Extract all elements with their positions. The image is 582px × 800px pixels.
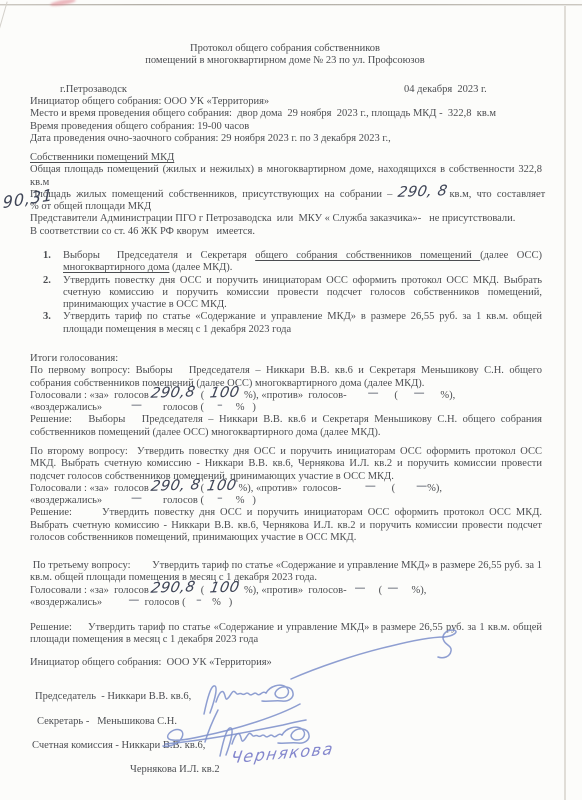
abstain-sep: голосов ( (139, 597, 196, 608)
abstain-label: «воздержались» (30, 597, 128, 608)
agenda-item-2-number: 2. (43, 275, 51, 287)
abstain-tail: % ) (223, 402, 256, 413)
vote-sep: ( (365, 585, 387, 596)
vote-za-value-handwritten: 290,8 (151, 388, 197, 399)
agenda-item-2: 2.Утвердить повестку дня ОСС и поручить … (30, 275, 542, 312)
protocol-date: 04 декабря 2023 г. (404, 84, 487, 96)
commission-member-2-line: Чернякова И.Л. кв.2 (130, 764, 220, 776)
vote-percent-value-handwritten: 100 (206, 481, 237, 491)
abstain-sep: голосов ( (142, 402, 217, 413)
document-title: Протокол общего собрания собственников п… (0, 43, 570, 68)
scan-edge-top-shadow (0, 5, 582, 6)
title-line-2: помещений в многоквартирном доме № 23 по… (0, 55, 570, 67)
scan-edge-left (0, 2, 8, 35)
vote-dash: – (217, 493, 223, 502)
abstain-tail: % ) (223, 495, 256, 506)
agenda-item-2-text: Утвердить повестку дня ОСС и поручить ин… (63, 275, 542, 311)
abstain-label: «воздержались» (30, 402, 131, 413)
results-question-3: По третьему вопросу: Утвердить тариф по … (30, 560, 542, 609)
present-suffix: кв.м, что составляет (447, 189, 545, 200)
vote-sep: ( (379, 390, 414, 401)
dates-range-line: Дата проведения очно-заочного собрания: … (30, 133, 542, 145)
decision-3-text: Решение: Утвердить тариф по статье «Соде… (30, 622, 542, 647)
vote-dash: – (217, 400, 223, 409)
abstain-sep: голосов ( (142, 495, 217, 506)
chairman-signature (196, 678, 308, 720)
vote-percent-value-handwritten: 100 (209, 388, 240, 398)
vote-dash: — (416, 481, 427, 490)
question-3-vote-line-2: «воздержались» — голосов ( – % ) (30, 597, 542, 609)
vote-dash: — (131, 400, 142, 409)
results-question-2: По второму вопросу: Утвердить повестку д… (30, 446, 542, 544)
scan-edge-right (564, 6, 566, 800)
question-2-vote-line-1: Голосовали : «за» голосов 290, 8( 100 %)… (30, 483, 542, 495)
abstain-label: «воздержались» (30, 495, 131, 506)
initiator-line: Инициатор общего собрания: ООО УК «Терри… (30, 96, 542, 108)
city-label: г.Петрозаводск (60, 84, 127, 96)
question-3-vote-line-1: Голосовали : «за» голосов 290,8 ( 100 %)… (30, 585, 542, 597)
question-1-text: По первому вопросу: Выборы Председателя … (30, 365, 542, 390)
results-question-1: Итоги голосования: По первому вопросу: В… (30, 353, 542, 439)
chairman-line: Председатель - Никкари В.В. кв.6, (35, 691, 191, 703)
vote-sep: ( (376, 483, 416, 494)
vote-dash: — (365, 481, 376, 490)
vote-dash: — (414, 388, 425, 397)
vote-za-value-handwritten: 290, 8 (151, 481, 202, 492)
agenda-item-1: 1.Выборы Председателя и Секретаря общего… (30, 250, 542, 275)
owners-heading: Собственники помещений МКД (30, 152, 542, 164)
results-heading: Итоги голосования: (30, 353, 542, 365)
vote-tail: %), (427, 483, 442, 494)
agenda-item-1-text-2: (далее ОСС) (480, 250, 542, 261)
question-1-vote-line-2: «воздержались» — голосов ( – % ) (30, 402, 542, 414)
agenda-item-1-number: 1. (43, 250, 51, 262)
vote-dash: — (131, 493, 142, 502)
agenda-item-3-text: Утвердить тариф по статье «Содержание и … (63, 311, 542, 334)
vote-against-label: %), «против» голосов- (239, 585, 355, 596)
abstain-tail: % ) (202, 597, 233, 608)
secretary-line: Секретарь - Меньшикова С.Н. (37, 716, 177, 728)
decision-1-text: Решение: Выборы Председателя – Никкари В… (30, 414, 542, 439)
present-area-line: Площадь жилых помещений собственников, п… (30, 189, 542, 201)
vote-tail: %), (398, 585, 426, 596)
quorum-line: В соответствии со ст. 46 ЖК РФ кворум им… (30, 226, 542, 238)
present-area-handwritten-value: 290, 8 (397, 187, 448, 198)
agenda-item-1-text: Выборы Председателя и Секретаря (63, 250, 255, 261)
agenda-item-3-number: 3. (43, 311, 51, 323)
agenda-item-1-text-3: (далее МКД). (169, 262, 232, 273)
scanned-protocol-page: Протокол общего собрания собственников п… (0, 0, 582, 800)
percent-line: % от общей площади МКД (30, 201, 542, 213)
agenda-item-1-underlined-1: общего собрания собственников помещений (255, 250, 480, 261)
initiator-signoff-line: Инициатор общего собрания: ООО УК «Терри… (30, 657, 272, 669)
vote-dash: — (387, 583, 398, 592)
decision-2-text: Решение: Утвердить повестку дня ОСС и по… (30, 507, 542, 544)
vote-dash: – (196, 595, 202, 604)
owners-section: Собственники помещений МКД Общая площадь… (30, 152, 542, 238)
present-prefix: Площадь жилых помещений собственников, п… (30, 189, 398, 200)
vote-against-label: %), «против» голосов- (236, 483, 365, 494)
commission-line: Счетная комиссия - Никкари В.В. кв.6, (32, 740, 205, 752)
chernyakova-signature: Чернякова (230, 743, 335, 765)
vote-sep: ( (196, 390, 210, 401)
admin-line: Представители Администрации ПГО г Петроз… (30, 213, 542, 225)
agenda-item-1-underlined-2: многоквартирного дома (63, 262, 169, 273)
title-line-1: Протокол общего собрания собственников (0, 43, 570, 55)
question-2-vote-line-2: «воздержались» — голосов ( – % ) (30, 495, 542, 507)
time-line: Время проведения общего собрания: 19-00 … (30, 121, 542, 133)
vote-percent-value-handwritten: 100 (209, 583, 240, 593)
total-area-line1: Общая площадь помещений (жилых и нежилых… (30, 164, 542, 176)
vote-za-value-handwritten: 290,8 (151, 583, 197, 594)
question-3-text: По третьему вопросу: Утвердить тариф по … (30, 560, 542, 585)
place-line: Место и время проведения общего собрания… (30, 108, 542, 120)
vote-dash: — (368, 388, 379, 397)
agenda-item-3: 3.Утвердить тариф по статье «Содержание … (30, 311, 542, 336)
vote-tail: %), (425, 390, 456, 401)
question-1-vote-line-1: Голосовали : «за» голосов 290,8 ( 100 %)… (30, 390, 542, 402)
total-area-line2: кв.м (30, 177, 542, 189)
agenda-list: 1.Выборы Председателя и Секретаря общего… (30, 250, 542, 336)
vote-dash: — (354, 583, 365, 592)
vote-against-label: %), «против» голосов- (239, 390, 368, 401)
meeting-info: Инициатор общего собрания: ООО УК «Терри… (30, 96, 542, 145)
question-2-text: По второму вопросу: Утвердить повестку д… (30, 446, 542, 483)
vote-dash: — (128, 595, 139, 604)
